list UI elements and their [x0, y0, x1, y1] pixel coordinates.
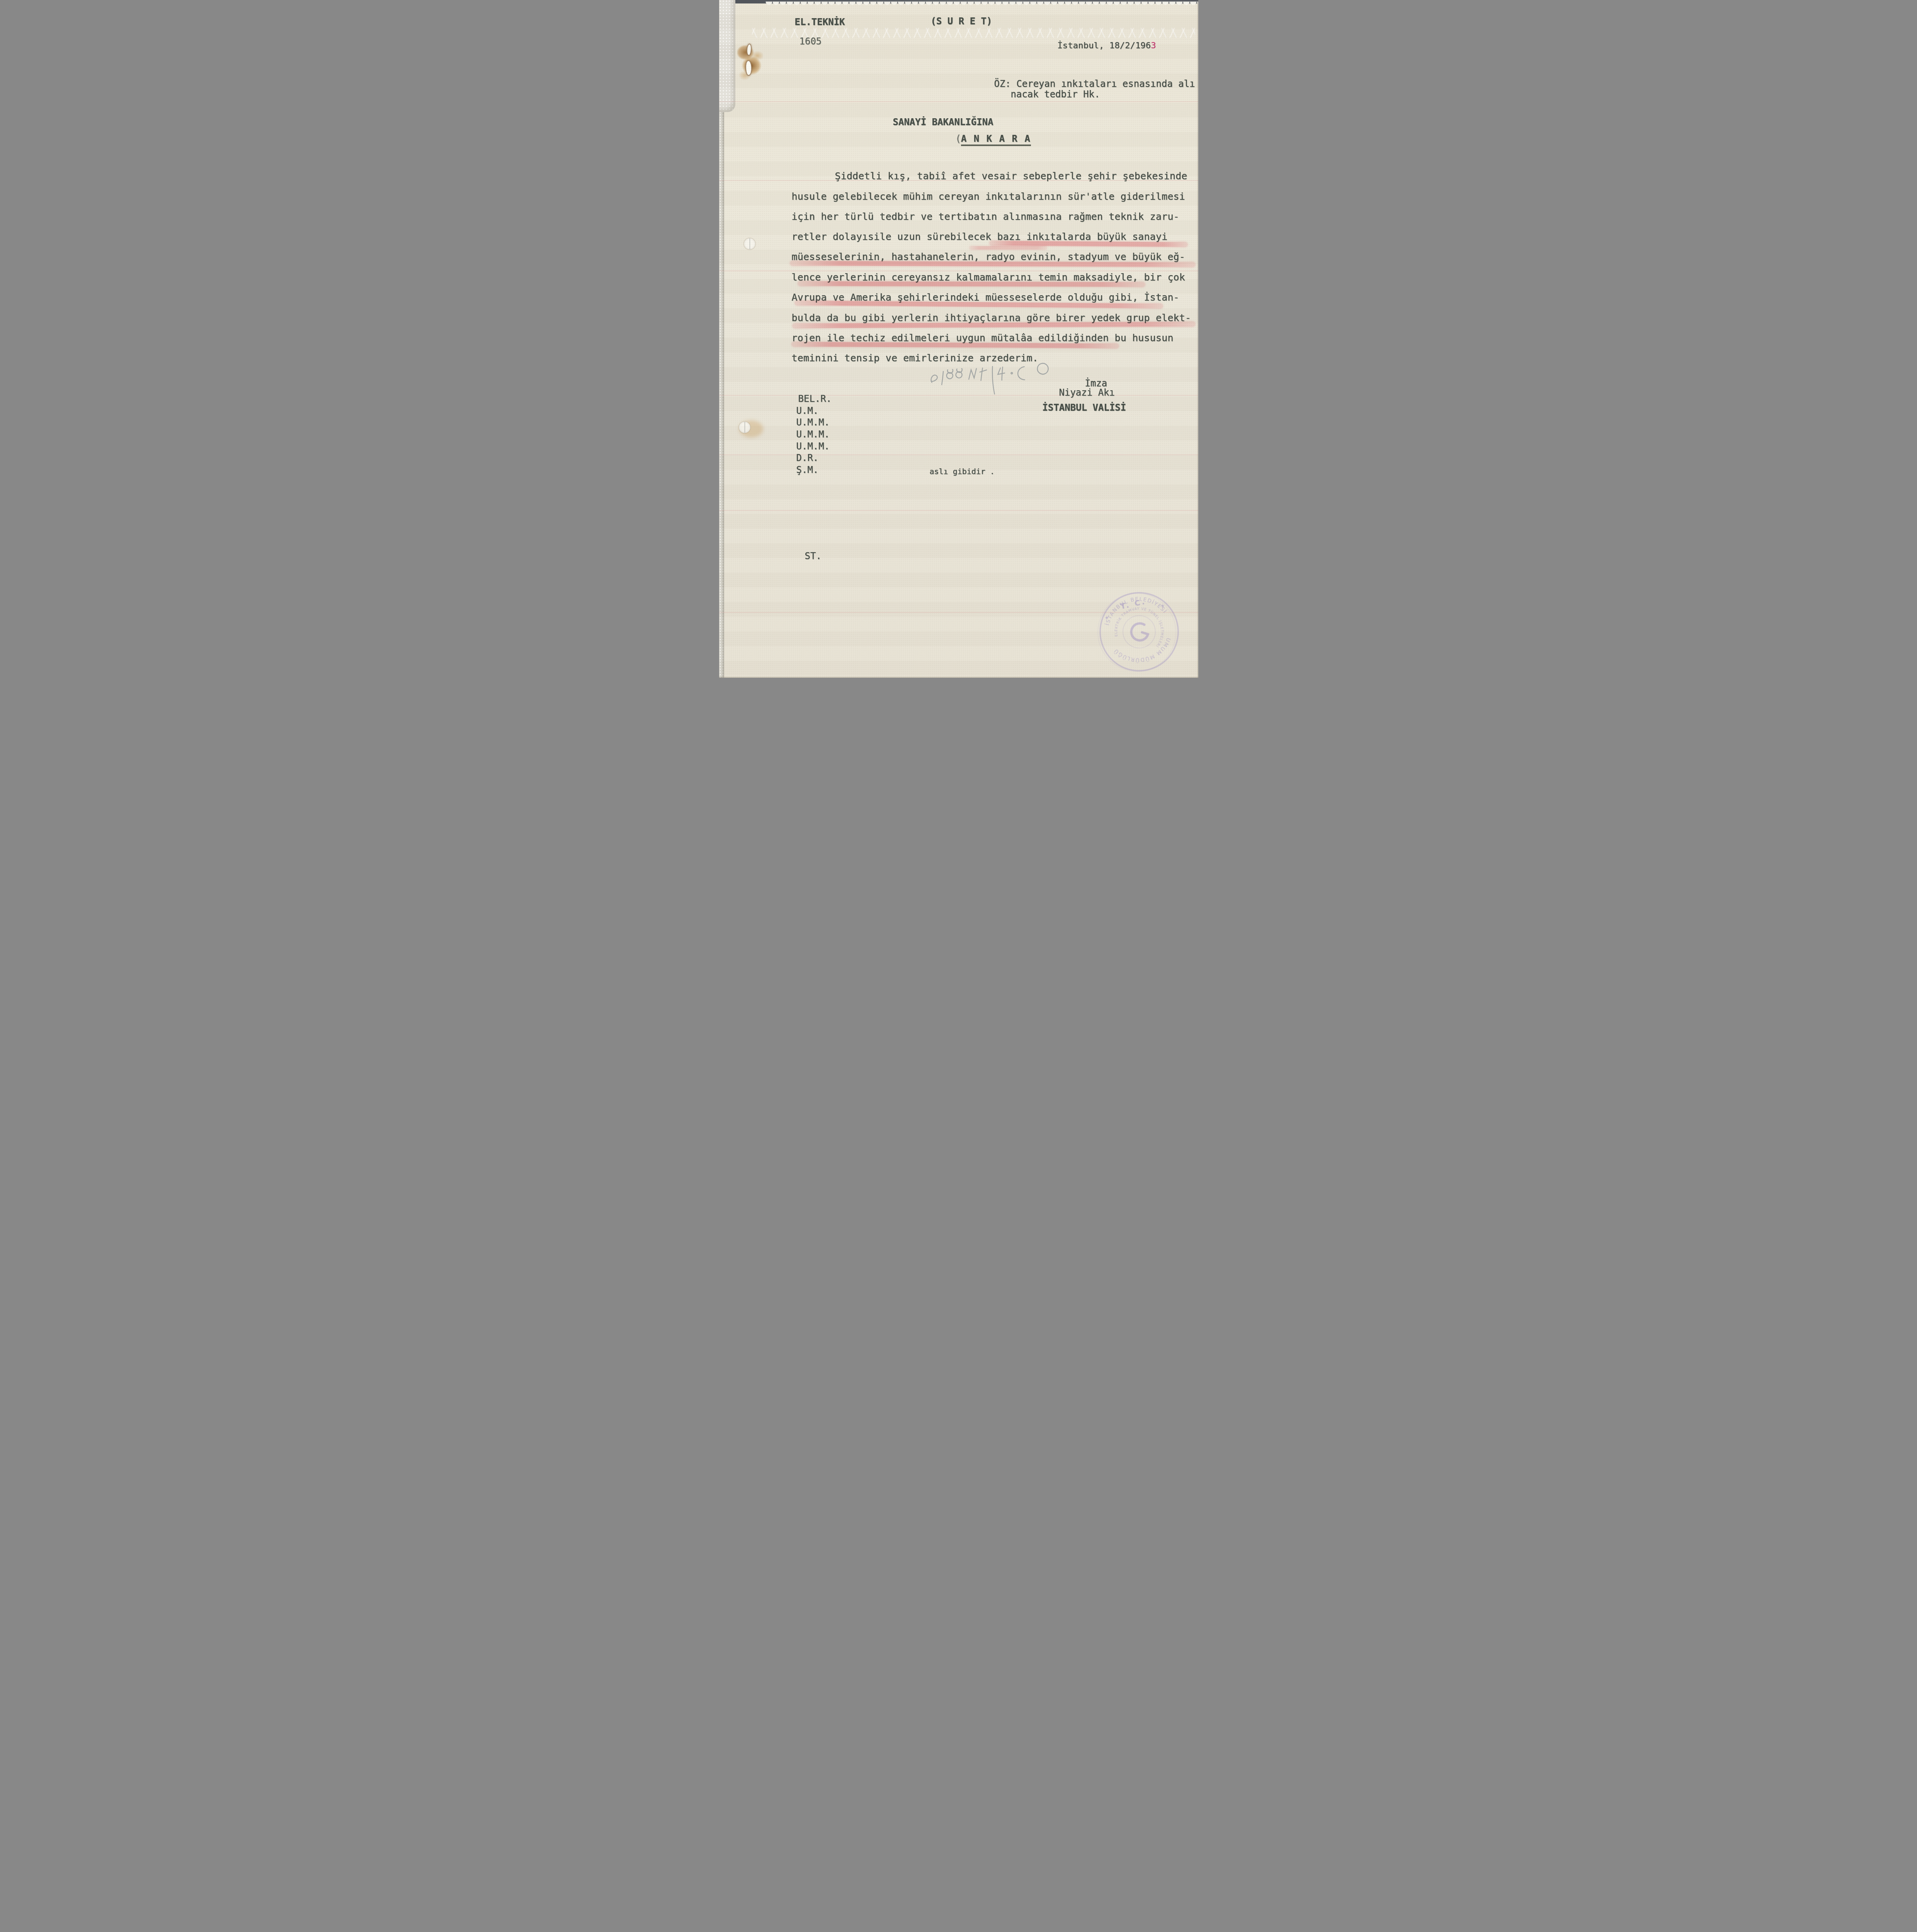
scanned-letter-page: EL.TEKNİK (S U R E T) 1605 İstanbul, 18/… [719, 0, 1198, 678]
body-line: husule gelebilecek mühim cereyan inkıtal… [792, 191, 1186, 202]
signature-name: Niyazi Akı [1059, 388, 1115, 398]
pink-underline [798, 281, 1145, 287]
body-line: için her türlü tedbir ve tertibatın alın… [792, 211, 1179, 223]
stamp-graphic: T. C. ★ ★ İSTANBUL BELEDİYESİ ELEKTRİK T… [1086, 579, 1192, 678]
distribution-item: U.M. [796, 406, 819, 417]
distribution-item: U.M.M. [796, 417, 830, 428]
faint-ruled-line [719, 510, 1198, 511]
recipient-city-text: A N K A R A [961, 133, 1031, 146]
recipient-line: SANAYİ BAKANLIĞINA [893, 117, 993, 128]
certification-note: aslı gibidir . [930, 467, 995, 476]
reference-number: 1605 [799, 36, 822, 47]
pencil-paren-mark: ( [956, 133, 961, 144]
subject-line-1: ÖZ: Cereyan ınkıtaları esnasında alı [994, 79, 1195, 90]
dateline: İstanbul, 18/2/1963 [1058, 41, 1156, 51]
recipient-city: (A N K A R A [956, 134, 1031, 145]
scan-backing-top-left-corner [719, 0, 735, 112]
faint-ruled-line [719, 270, 1198, 271]
body-line: teminini tensip ve emirlerinize arzederi… [792, 353, 1038, 364]
department-reference: EL.TEKNİK [795, 17, 845, 28]
dateline-text: İstanbul, 18/2/196 [1058, 41, 1151, 51]
scan-bottom-edge-shadow [719, 677, 1198, 678]
signature-title: İSTANBUL VALİSİ [1043, 403, 1126, 413]
official-round-stamp: T. C. ★ ★ İSTANBUL BELEDİYESİ ELEKTRİK T… [1086, 579, 1192, 678]
stamp-center-emblem [1129, 622, 1149, 642]
handwritten-annotation [928, 360, 1058, 404]
scan-right-edge-shadow [1197, 0, 1198, 678]
distribution-item: Ş.M. [796, 465, 819, 476]
distribution-item: BEL.R. [798, 394, 832, 405]
pink-underline [790, 261, 1195, 267]
punch-hole [739, 422, 750, 433]
scalloped-backing-edge [765, 2, 1198, 8]
typist-initials: ST. [805, 551, 822, 562]
subject-line-2: nacak tedbir Hk. [1011, 89, 1100, 100]
faint-ruled-line [719, 454, 1198, 455]
distribution-item: U.M.M. [796, 429, 830, 440]
body-line: retler dolayısile uzun sürebilecek bazı … [792, 231, 1168, 243]
burn-hole [746, 43, 752, 56]
burn-stain [737, 41, 763, 82]
copy-label: (S U R E T) [931, 16, 992, 27]
distribution-item: U.M.M. [796, 441, 830, 452]
distribution-item: D.R. [796, 453, 819, 464]
faint-ruled-line [719, 101, 1198, 102]
overstruck-digit: 3 [1151, 41, 1156, 51]
body-line: Şiddetli kış, tabiî afet vesair sebepler… [835, 171, 1187, 182]
punch-hole [744, 238, 755, 250]
burn-hole [745, 60, 752, 76]
pink-underline [970, 246, 1047, 250]
